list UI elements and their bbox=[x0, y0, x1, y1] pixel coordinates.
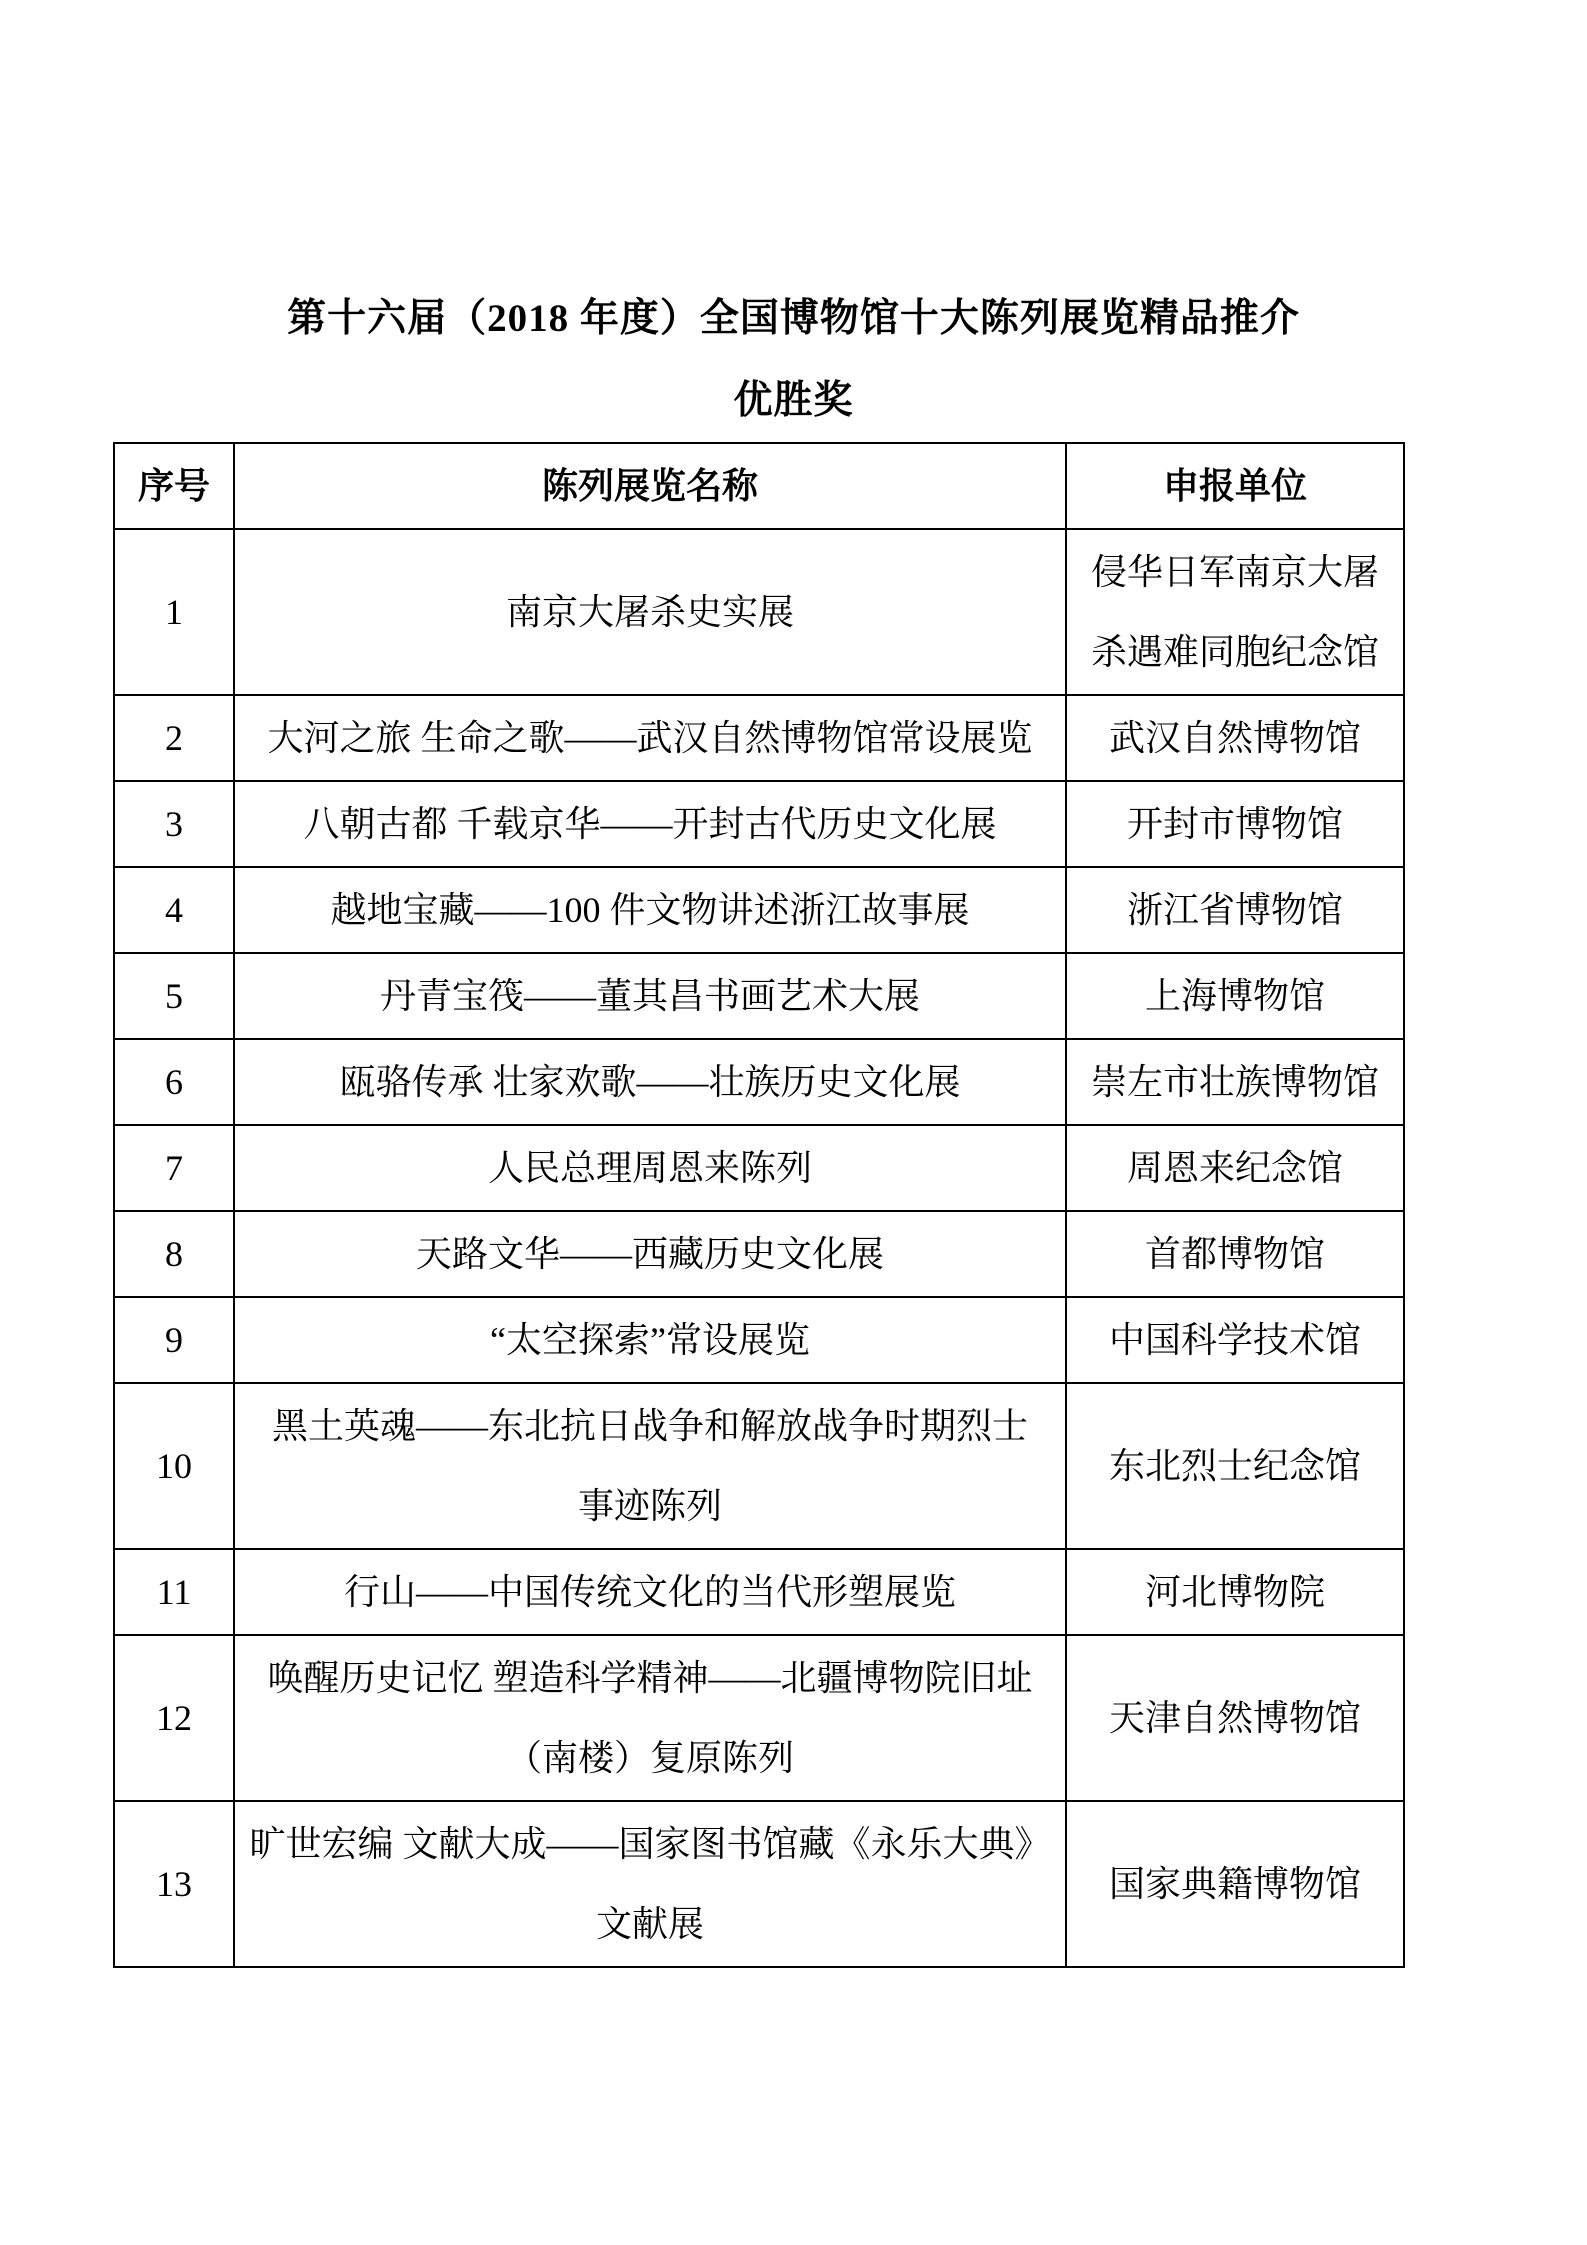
table-row: 2 大河之旅 生命之歌——武汉自然博物馆常设展览 武汉自然博物馆 bbox=[114, 695, 1404, 781]
header-index: 序号 bbox=[114, 443, 234, 529]
row-number-cell: 5 bbox=[114, 953, 234, 1039]
exhibition-name-cell: 南京大屠杀史实展 bbox=[234, 529, 1066, 695]
applicant-unit-cell: 国家典籍博物馆 bbox=[1066, 1801, 1404, 1967]
table-header: 序号 陈列展览名称 申报单位 bbox=[114, 443, 1404, 529]
row-number-cell: 4 bbox=[114, 867, 234, 953]
page-title: 第十六届（2018 年度）全国博物馆十大陈列展览精品推介 bbox=[0, 0, 1587, 343]
applicant-unit-cell: 武汉自然博物馆 bbox=[1066, 695, 1404, 781]
applicant-unit-cell: 崇左市壮族博物馆 bbox=[1066, 1039, 1404, 1125]
row-number-cell: 2 bbox=[114, 695, 234, 781]
row-number-cell: 13 bbox=[114, 1801, 234, 1967]
applicant-unit-cell: 侵华日军南京大屠 杀遇难同胞纪念馆 bbox=[1066, 529, 1404, 695]
applicant-unit-cell: 天津自然博物馆 bbox=[1066, 1635, 1404, 1801]
row-number-cell: 3 bbox=[114, 781, 234, 867]
exhibition-name-cell: 唤醒历史记忆 塑造科学精神——北疆博物院旧址 （南楼）复原陈列 bbox=[234, 1635, 1066, 1801]
table-row: 10 黑土英魂——东北抗日战争和解放战争时期烈士 事迹陈列 东北烈士纪念馆 bbox=[114, 1383, 1404, 1549]
exhibition-name-cell: 越地宝藏——100 件文物讲述浙江故事展 bbox=[234, 867, 1066, 953]
row-number-cell: 8 bbox=[114, 1211, 234, 1297]
table-row: 1 南京大屠杀史实展 侵华日军南京大屠 杀遇难同胞纪念馆 bbox=[114, 529, 1404, 695]
table-row: 9 “太空探索”常设展览 中国科学技术馆 bbox=[114, 1297, 1404, 1383]
exhibition-name-cell: 人民总理周恩来陈列 bbox=[234, 1125, 1066, 1211]
exhibition-name-cell: 丹青宝筏——董其昌书画艺术大展 bbox=[234, 953, 1066, 1039]
row-number-cell: 9 bbox=[114, 1297, 234, 1383]
row-number-cell: 6 bbox=[114, 1039, 234, 1125]
row-number-cell: 10 bbox=[114, 1383, 234, 1549]
exhibition-name-cell: 天路文华——西藏历史文化展 bbox=[234, 1211, 1066, 1297]
table-row: 3 八朝古都 千载京华——开封古代历史文化展 开封市博物馆 bbox=[114, 781, 1404, 867]
header-exhibition-name: 陈列展览名称 bbox=[234, 443, 1066, 529]
row-number-cell: 12 bbox=[114, 1635, 234, 1801]
table-row: 12 唤醒历史记忆 塑造科学精神——北疆博物院旧址 （南楼）复原陈列 天津自然博… bbox=[114, 1635, 1404, 1801]
exhibition-name-cell: 旷世宏编 文献大成——国家图书馆藏《永乐大典》 文献展 bbox=[234, 1801, 1066, 1967]
table-row: 6 瓯骆传承 壮家欢歌——壮族历史文化展 崇左市壮族博物馆 bbox=[114, 1039, 1404, 1125]
applicant-unit-cell: 河北博物院 bbox=[1066, 1549, 1404, 1635]
exhibition-name-cell: 瓯骆传承 壮家欢歌——壮族历史文化展 bbox=[234, 1039, 1066, 1125]
table-body: 1 南京大屠杀史实展 侵华日军南京大屠 杀遇难同胞纪念馆 2 大河之旅 生命之歌… bbox=[114, 529, 1404, 1967]
applicant-unit-cell: 周恩来纪念馆 bbox=[1066, 1125, 1404, 1211]
exhibition-name-cell: 八朝古都 千载京华——开封古代历史文化展 bbox=[234, 781, 1066, 867]
table-row: 7 人民总理周恩来陈列 周恩来纪念馆 bbox=[114, 1125, 1404, 1211]
applicant-unit-cell: 首都博物馆 bbox=[1066, 1211, 1404, 1297]
header-applicant-unit: 申报单位 bbox=[1066, 443, 1404, 529]
table-row: 8 天路文华——西藏历史文化展 首都博物馆 bbox=[114, 1211, 1404, 1297]
applicant-unit-cell: 浙江省博物馆 bbox=[1066, 867, 1404, 953]
row-number-cell: 11 bbox=[114, 1549, 234, 1635]
header-row: 序号 陈列展览名称 申报单位 bbox=[114, 443, 1404, 529]
row-number-cell: 7 bbox=[114, 1125, 234, 1211]
table-row: 4 越地宝藏——100 件文物讲述浙江故事展 浙江省博物馆 bbox=[114, 867, 1404, 953]
applicant-unit-cell: 东北烈士纪念馆 bbox=[1066, 1383, 1404, 1549]
applicant-unit-cell: 上海博物馆 bbox=[1066, 953, 1404, 1039]
exhibition-name-cell: “太空探索”常设展览 bbox=[234, 1297, 1066, 1383]
table-row: 13 旷世宏编 文献大成——国家图书馆藏《永乐大典》 文献展 国家典籍博物馆 bbox=[114, 1801, 1404, 1967]
table-row: 5 丹青宝筏——董其昌书画艺术大展 上海博物馆 bbox=[114, 953, 1404, 1039]
exhibition-name-cell: 黑土英魂——东北抗日战争和解放战争时期烈士 事迹陈列 bbox=[234, 1383, 1066, 1549]
exhibition-name-cell: 行山——中国传统文化的当代形塑展览 bbox=[234, 1549, 1066, 1635]
applicant-unit-cell: 中国科学技术馆 bbox=[1066, 1297, 1404, 1383]
awards-table: 序号 陈列展览名称 申报单位 1 南京大屠杀史实展 侵华日军南京大屠 杀遇难同胞… bbox=[113, 442, 1405, 1968]
table-row: 11 行山——中国传统文化的当代形塑展览 河北博物院 bbox=[114, 1549, 1404, 1635]
page-subtitle: 优胜奖 bbox=[0, 377, 1587, 425]
row-number-cell: 1 bbox=[114, 529, 234, 695]
exhibition-name-cell: 大河之旅 生命之歌——武汉自然博物馆常设展览 bbox=[234, 695, 1066, 781]
applicant-unit-cell: 开封市博物馆 bbox=[1066, 781, 1404, 867]
